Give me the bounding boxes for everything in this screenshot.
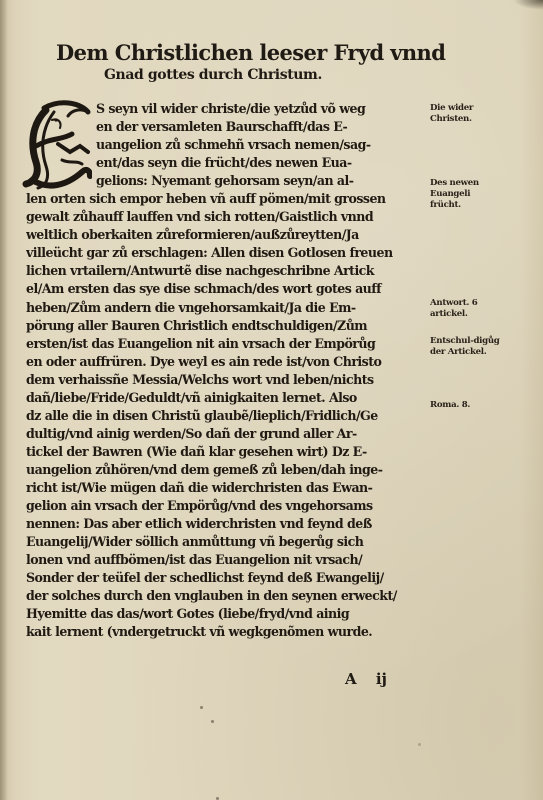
marginal-note: Antwort. 6 artickel. — [430, 298, 500, 320]
body-text: S seyn vil wider christe/die yetzůd võ w… — [26, 100, 424, 641]
text-line: lonen vnd auffbömen/ist das Euangelion n… — [26, 551, 424, 569]
text-line: gelion ain vrsach der Empörůg/vnd des vn… — [26, 497, 424, 515]
marginal-note: Roma. 8. — [430, 400, 500, 411]
text-line: S seyn vil wider christe/die yetzůd võ w… — [26, 100, 424, 118]
book-page: Dem Christlichen leeser Fryd vnnd Gnad g… — [0, 0, 543, 800]
text-line: heben/Zům andern die vngehorsamkait/Ja d… — [26, 299, 424, 317]
text-line: Euangelij/Wider söllich anmůttung vñ beg… — [26, 533, 424, 551]
marginal-note: Die wider Christen. — [430, 103, 500, 125]
text-line: nennen: Das aber etlich widerchristen vn… — [26, 515, 424, 533]
text-line: pörung aller Bauren Christlich endtschul… — [26, 317, 424, 335]
text-line: len orten sich empor heben vñ auff pömen… — [26, 190, 424, 208]
text-line: Sonder der teüfel der schedlichst feynd … — [26, 569, 424, 587]
text-line: kait lernent (vndergetruckt vñ wegkgenõm… — [26, 623, 424, 641]
text-line: dañ/liebe/Fride/Geduldt/vñ ainigkaiten l… — [26, 389, 424, 407]
text-line: ersten/ist das Euangelion nit ain vrsach… — [26, 335, 424, 353]
text-line: Hyemitte das das/wort Gotes (liebe/fryd/… — [26, 605, 424, 623]
paper-speck — [211, 720, 214, 723]
paper-speck — [200, 706, 203, 709]
text-line: gelions: Nyemant gehorsam seyn/an al- — [26, 172, 424, 190]
text-line: gewalt zůhauff lauffen vnd sich rotten/G… — [26, 208, 424, 226]
text-line: richt ist/Wie mügen dañ die widerchriste… — [26, 479, 424, 497]
page-corner-shadow — [513, 0, 543, 10]
text-line: en oder auffrüren. Dye weyl es ain rede … — [26, 353, 424, 371]
gutter-shadow — [0, 0, 8, 800]
text-line: villeücht gar zů erschlagen: Allen disen… — [26, 244, 424, 262]
heading-line-2: Gnad gottes durch Christum. — [104, 66, 436, 84]
text-line: en der versamleten Baurschafft/das E- — [26, 118, 424, 136]
heading-line-1: Dem Christlichen leeser Fryd vnnd — [56, 40, 436, 66]
text-line: der solches durch den vnglauben in den s… — [26, 587, 424, 605]
text-line: dultig/vnd ainig werden/So dañ der grund… — [26, 425, 424, 443]
text-line: uangelion zů schmehñ vrsach nemen/sag- — [26, 136, 424, 154]
text-line: weltlich oberkaiten zůreformieren/außzůr… — [26, 226, 424, 244]
signature-mark: A ij — [345, 670, 387, 688]
paper-speck — [418, 743, 421, 746]
marginal-note: Des newen Euangeli frücht. — [430, 178, 500, 211]
text-line: dem verhaissñe Messia/Welchs wort vnd le… — [26, 371, 424, 389]
text-line: ent/das seyn die frücht/des newen Eua- — [26, 154, 424, 172]
text-line: el/Am ersten das sye dise schmach/des wo… — [26, 280, 424, 298]
page-heading: Dem Christlichen leeser Fryd vnnd Gnad g… — [56, 40, 436, 84]
text-line: tickel der Bawren (Wie dañ klar gesehen … — [26, 443, 424, 461]
marginal-note: Entschul-digůg der Artickel. — [430, 336, 500, 358]
text-line: uangelion zůhören/vnd dem gemeß zů leben… — [26, 461, 424, 479]
text-line: lichen vrtailern/Antwurtẽ dise nachgesch… — [26, 262, 424, 280]
text-line: dz alle die in disen Christũ glaubẽ/liep… — [26, 407, 424, 425]
